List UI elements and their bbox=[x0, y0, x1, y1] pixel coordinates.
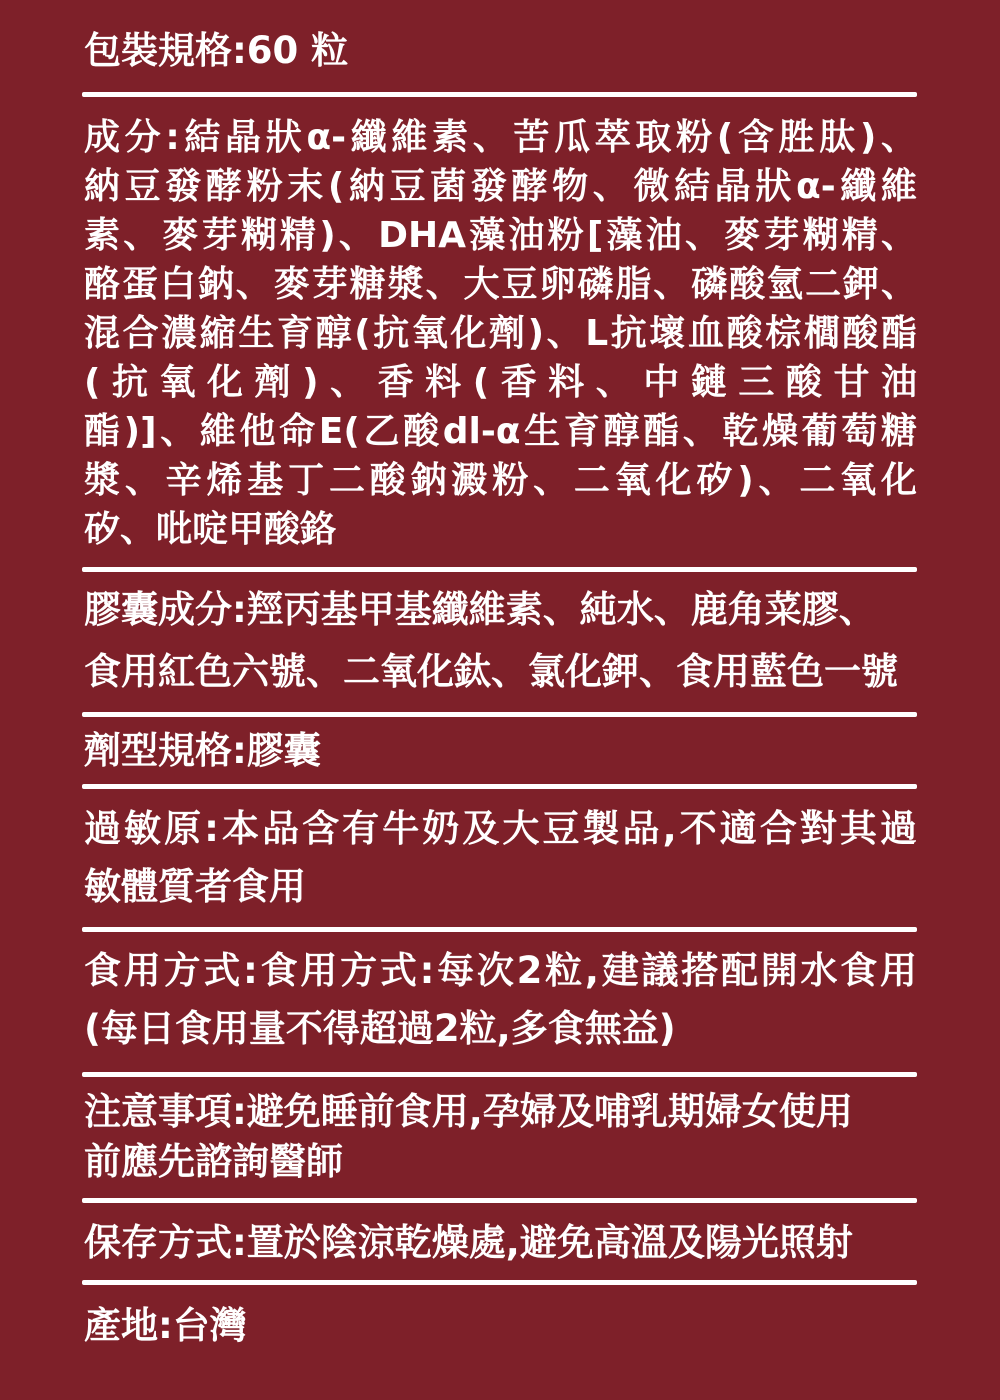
spec-row-package: 包裝規格:60 粒 bbox=[0, 22, 1000, 80]
ingredients-text: 成分:結晶狀α-纖維素、苦瓜萃取粉(含胜肽)、 bbox=[84, 113, 917, 162]
section-divider bbox=[82, 927, 917, 932]
allergens-text: 過敏原:本品含有牛奶及大豆製品,不適合對其過 bbox=[84, 800, 917, 858]
spec-row-ingredients: 成分:結晶狀α-纖維素、苦瓜萃取粉(含胜肽)、 納豆發酵粉末(納豆菌發酵物、微結… bbox=[0, 113, 1000, 554]
section-divider bbox=[82, 712, 917, 717]
section-divider bbox=[82, 92, 917, 97]
package-spec-text: 包裝規格:60 粒 bbox=[84, 22, 917, 80]
spec-row-capsule-ingredients: 膠囊成分:羥丙基甲基纖維素、純水、鹿角菜膠、 食用紅色六號、二氧化鈦、氯化鉀、食… bbox=[0, 579, 1000, 703]
spec-row-allergens: 過敏原:本品含有牛奶及大豆製品,不適合對其過 敏體質者食用 bbox=[0, 800, 1000, 916]
section-divider bbox=[82, 1198, 917, 1203]
section-divider bbox=[82, 1072, 917, 1077]
usage-text: (每日食用量不得超過2粒,多食無益) bbox=[84, 1000, 917, 1058]
ingredients-text: 酪蛋白鈉、麥芽糖漿、大豆卵磷脂、磷酸氫二鉀、 bbox=[84, 260, 917, 309]
ingredients-text: 酯)]、維他命E(乙酸dl-α生育醇酯、乾燥葡萄糖 bbox=[84, 407, 917, 456]
usage-text: 食用方式:食用方式:每次2粒,建議搭配開水食用 bbox=[84, 942, 917, 1000]
spec-row-origin: 產地:台灣 bbox=[0, 1297, 1000, 1355]
storage-text: 保存方式:置於陰涼乾燥處,避免高溫及陽光照射 bbox=[84, 1214, 917, 1272]
spec-row-precautions: 注意事項:避免睡前食用,孕婦及哺乳期婦女使用 前應先諮詢醫師 bbox=[0, 1087, 1000, 1187]
ingredients-text: 漿、辛烯基丁二酸鈉澱粉、二氧化矽)、二氧化 bbox=[84, 456, 917, 505]
ingredients-text: 素、麥芽糊精)、DHA藻油粉[藻油、麥芽糊精、 bbox=[84, 211, 917, 260]
section-divider bbox=[82, 1280, 917, 1285]
precautions-text: 前應先諮詢醫師 bbox=[84, 1137, 917, 1187]
spec-row-usage: 食用方式:食用方式:每次2粒,建議搭配開水食用 (每日食用量不得超過2粒,多食無… bbox=[0, 942, 1000, 1058]
ingredients-text: 混合濃縮生育醇(抗氧化劑)、L抗壞血酸棕櫚酸酯 bbox=[84, 309, 917, 358]
capsule-ingredients-text: 食用紅色六號、二氧化鈦、氯化鉀、食用藍色一號 bbox=[84, 641, 917, 703]
ingredients-text: (抗氧化劑)、香料(香料、中鏈三酸甘油 bbox=[84, 358, 917, 407]
spec-row-storage: 保存方式:置於陰涼乾燥處,避免高溫及陽光照射 bbox=[0, 1214, 1000, 1272]
capsule-ingredients-text: 膠囊成分:羥丙基甲基纖維素、純水、鹿角菜膠、 bbox=[84, 579, 917, 641]
dosage-form-text: 劑型規格:膠囊 bbox=[84, 722, 917, 780]
origin-text: 產地:台灣 bbox=[84, 1297, 917, 1355]
product-spec-panel: 包裝規格:60 粒 成分:結晶狀α-纖維素、苦瓜萃取粉(含胜肽)、 納豆發酵粉末… bbox=[0, 0, 1000, 1400]
ingredients-text: 矽、吡啶甲酸鉻 bbox=[84, 505, 917, 554]
spec-row-dosage-form: 劑型規格:膠囊 bbox=[0, 722, 1000, 780]
section-divider bbox=[82, 567, 917, 572]
section-divider bbox=[82, 784, 917, 789]
allergens-text: 敏體質者食用 bbox=[84, 858, 917, 916]
precautions-text: 注意事項:避免睡前食用,孕婦及哺乳期婦女使用 bbox=[84, 1087, 917, 1137]
ingredients-text: 納豆發酵粉末(納豆菌發酵物、微結晶狀α-纖維 bbox=[84, 162, 917, 211]
